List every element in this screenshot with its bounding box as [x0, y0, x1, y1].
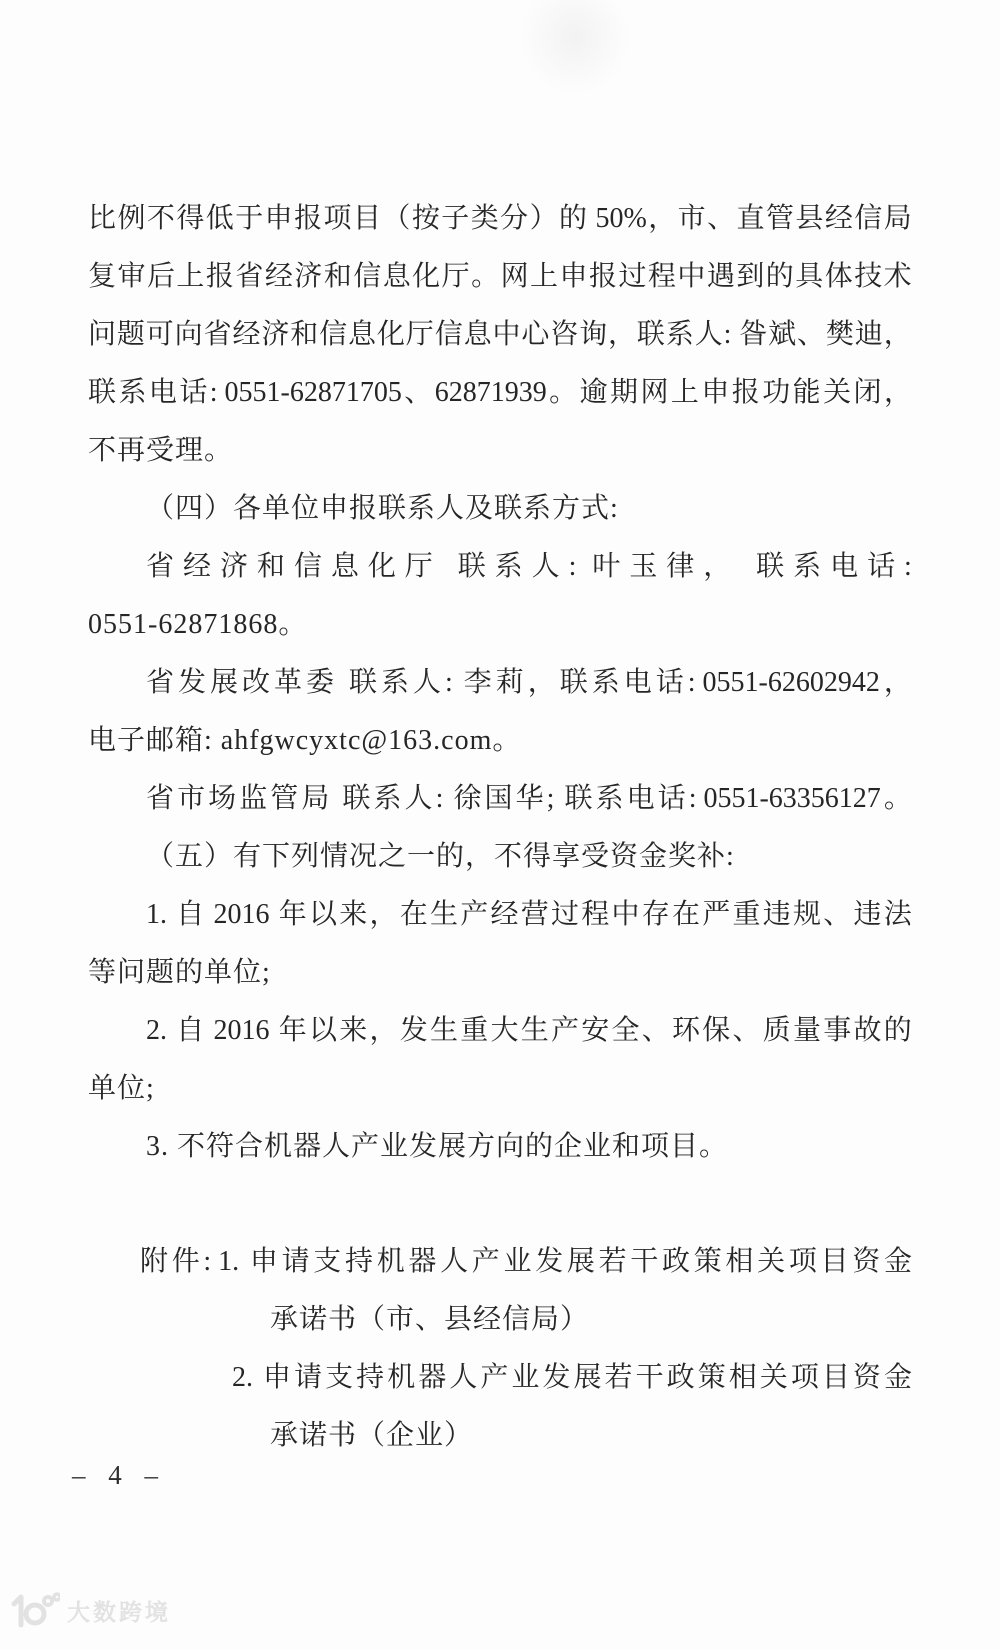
list-item: 单位; [88, 1060, 912, 1118]
attachment-line: 承诺书（市、县经信局） [270, 1291, 912, 1349]
section-heading-4: （四）各单位申报联系人及联系方式: [146, 480, 912, 538]
watermark: 大数跨境 [8, 1592, 171, 1628]
scanned-document-page: 比例不得低于申报项目（按子类分）的 50%，市、直管县经信局 复审后上报省经济和… [0, 0, 1000, 1649]
attachment-line: 附件: 1. 申请支持机器人产业发展若干政策相关项目资金 [140, 1233, 912, 1291]
contact-line: 电子邮箱: ahfgwcyxtc@163.com。 [88, 712, 912, 770]
body-line: 复审后上报省经济和信息化厅。网上申报过程中遇到的具体技术 [88, 248, 912, 306]
list-item: 等问题的单位; [88, 944, 912, 1002]
body-line: 比例不得低于申报项目（按子类分）的 50%，市、直管县经信局 [88, 190, 912, 248]
attachment-line: 2. 申请支持机器人产业发展若干政策相关项目资金 [232, 1349, 912, 1407]
body-line: 问题可向省经济和信息化厅信息中心咨询，联系人: 昝斌、樊迪， [88, 306, 912, 364]
list-item: 1. 自 2016 年以来，在生产经营过程中存在严重违规、违法 [146, 886, 912, 944]
contact-line: 省经济和信息化厅 联系人: 叶玉律， 联系电话: [146, 538, 912, 596]
contact-line: 0551-62871868。 [88, 596, 912, 654]
watermark-text: 大数跨境 [67, 1594, 171, 1627]
page-number: – 4 – [72, 1460, 166, 1491]
scan-smudge-artifact [520, 0, 630, 95]
list-item: 2. 自 2016 年以来，发生重大生产安全、环保、质量事故的 [146, 1002, 912, 1060]
vertical-gap [88, 1176, 912, 1233]
body-line: 不再受理。 [88, 422, 912, 480]
attachment-line: 承诺书（企业） [270, 1407, 912, 1465]
dashu-kuajing-logo-icon [8, 1592, 60, 1628]
section-heading-5: （五）有下列情况之一的，不得享受资金奖补: [146, 828, 912, 886]
document-body: 比例不得低于申报项目（按子类分）的 50%，市、直管县经信局 复审后上报省经济和… [88, 190, 912, 1465]
list-item: 3. 不符合机器人产业发展方向的企业和项目。 [146, 1118, 912, 1176]
contact-line: 省市场监管局 联系人: 徐国华; 联系电话: 0551-63356127。 [146, 770, 912, 828]
contact-line: 省发展改革委 联系人: 李莉，联系电话: 0551-62602942， [146, 654, 912, 712]
body-line: 联系电话: 0551-62871705、62871939。逾期网上申报功能关闭， [88, 364, 912, 422]
